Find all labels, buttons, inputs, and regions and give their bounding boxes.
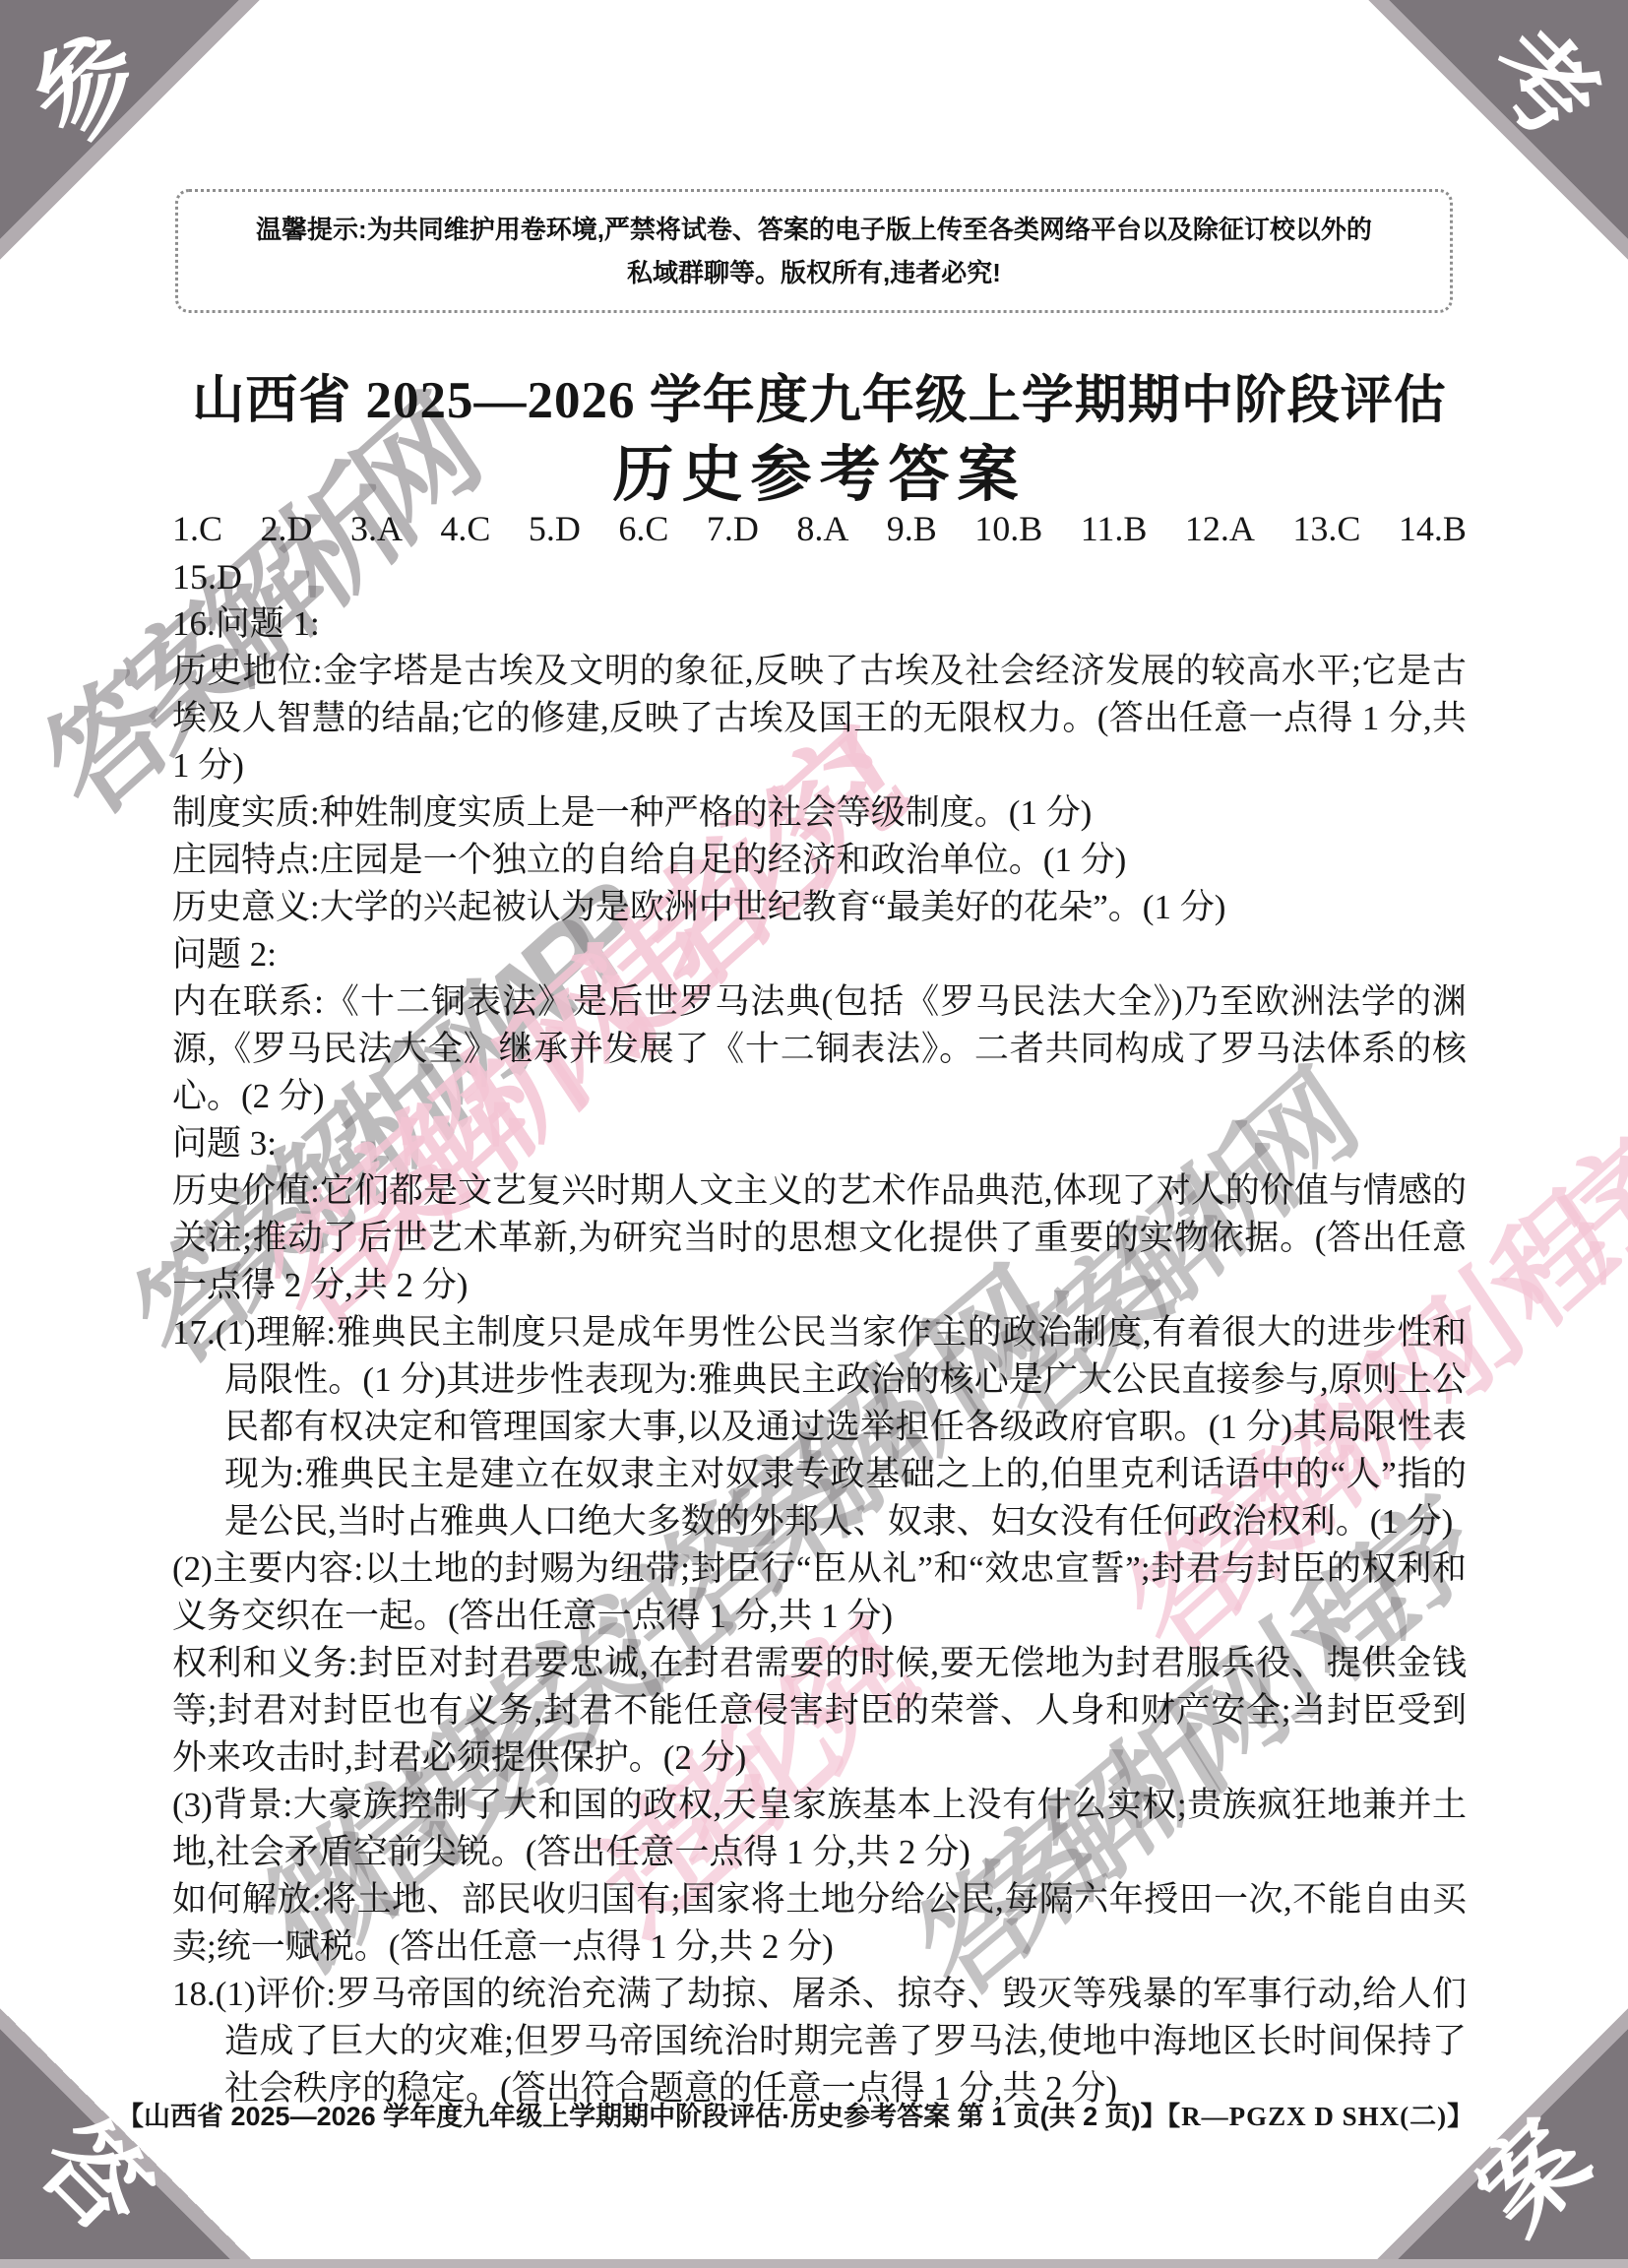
answer-item: 11.B <box>1081 508 1148 549</box>
answer-item: 12.A <box>1185 508 1255 549</box>
copyright-notice-box: 温馨提示:为共同维护用卷环境,严禁将试卷、答案的电子版上传至各类网络平台以及除征… <box>175 189 1453 313</box>
exam-title: 山西省 2025—2026 学年度九年级上学期期中阶段评估 <box>172 358 1467 433</box>
q16-answer-6: 历史价值:它们都是文艺复兴时期人文主义的艺术作品典范,体现了对人的价值与情感的关… <box>172 1167 1467 1309</box>
answer-key-title: 历史参考答案 <box>172 425 1467 513</box>
q16-answer-5: 内在联系:《十二铜表法》是后世罗马法典(包括《罗马民法大全》)乃至欧洲法学的渊源… <box>172 978 1467 1120</box>
notice-line-1: 温馨提示:为共同维护用卷环境,严禁将试卷、答案的电子版上传至各类网络平台以及除征… <box>206 208 1422 251</box>
q17-answer-1: 17.(1)理解:雅典民主制度只是成年男性公民当家作主的政治制度,有着很大的进步… <box>172 1309 1467 1545</box>
q17-answer-3: 权利和义务:封臣对封君要忠诚,在封君需要的时候,要无偿地为封君服兵役、提供金钱等… <box>172 1640 1467 1782</box>
q17-answer-2: (2)主要内容:以土地的封赐为纽带;封臣行“臣从礼”和“效忠宣誓”;封君与封臣的… <box>172 1545 1467 1640</box>
answer-item: 8.A <box>796 508 848 549</box>
q16-answer-4: 历史意义:大学的兴起被认为是欧洲中世纪教育“最美好的花朵”。(1 分) <box>172 884 1467 931</box>
answer-item: 14.B <box>1399 508 1467 549</box>
q16-header: 16.问题 1: <box>172 600 1467 648</box>
answer-item: 2.D <box>260 508 312 549</box>
answer-item: 9.B <box>887 508 937 549</box>
q17-answer-4: (3)背景:大豪族控制了大和国的政权,天皇家族基本上没有什么实权;贵族疯狂地兼并… <box>172 1782 1467 1876</box>
answer-item: 7.D <box>707 508 759 549</box>
exam-answer-sheet-page: 答案解析网 答案解析网APP 答案解析网,违者必究! 微信搜索关注答案解析网 答… <box>0 0 1628 2268</box>
notice-line-2: 私域群聊等。版权所有,违者必究! <box>206 251 1422 294</box>
footer-paper-code: 【R—PGZX D SHX(二)】 <box>1167 2102 1475 2131</box>
answer-body: 16.问题 1: 历史地位:金字塔是古埃及文明的象征,反映了古埃及社会经济发展的… <box>172 600 1467 2112</box>
answer-item: 4.C <box>440 508 490 549</box>
objective-answers-row: 1.C 2.D 3.A 4.C 5.D 6.C 7.D 8.A 9.B 10.B… <box>172 508 1467 549</box>
answer-item: 3.A <box>350 508 403 549</box>
page-footer: 【山西省 2025—2026 学年度九年级上学期期中阶段评估·历史参考答案 第 … <box>117 2095 1515 2133</box>
answer-item: 1.C <box>172 508 222 549</box>
q16-subheader-2: 问题 2: <box>172 931 1467 978</box>
q16-answer-1: 历史地位:金字塔是古埃及文明的象征,反映了古埃及社会经济发展的较高水平;它是古埃… <box>172 648 1467 789</box>
q17-answer-5: 如何解放:将土地、部民收归国有;国家将土地分给公民,每隔六年授田一次,不能自由买… <box>172 1876 1467 1971</box>
answer-item-15: 15.D <box>172 556 242 598</box>
corner-char-top-right: 考 <box>1469 12 1613 157</box>
q16-answer-2: 制度实质:种姓制度实质上是一种严格的社会等级制度。(1 分) <box>172 789 1467 837</box>
page-bottom-edge <box>0 2259 1628 2268</box>
q16-subheader-3: 问题 3: <box>172 1120 1467 1167</box>
answer-item: 10.B <box>974 508 1042 549</box>
q18-answer-1: 18.(1)评价:罗马帝国的统治充满了劫掠、屠杀、掠夺、毁灭等残暴的军事行动,给… <box>172 1971 1467 2112</box>
answer-item: 6.C <box>618 508 668 549</box>
q16-answer-3: 庄园特点:庄园是一个独立的自给自足的经济和政治单位。(1 分) <box>172 837 1467 884</box>
answer-item: 5.D <box>529 508 581 549</box>
corner-char-top-left: 参 <box>14 12 158 157</box>
footer-exam-info: 【山西省 2025—2026 学年度九年级上学期期中阶段评估·历史参考答案 第 … <box>117 2102 1167 2131</box>
answer-item: 13.C <box>1292 508 1360 549</box>
